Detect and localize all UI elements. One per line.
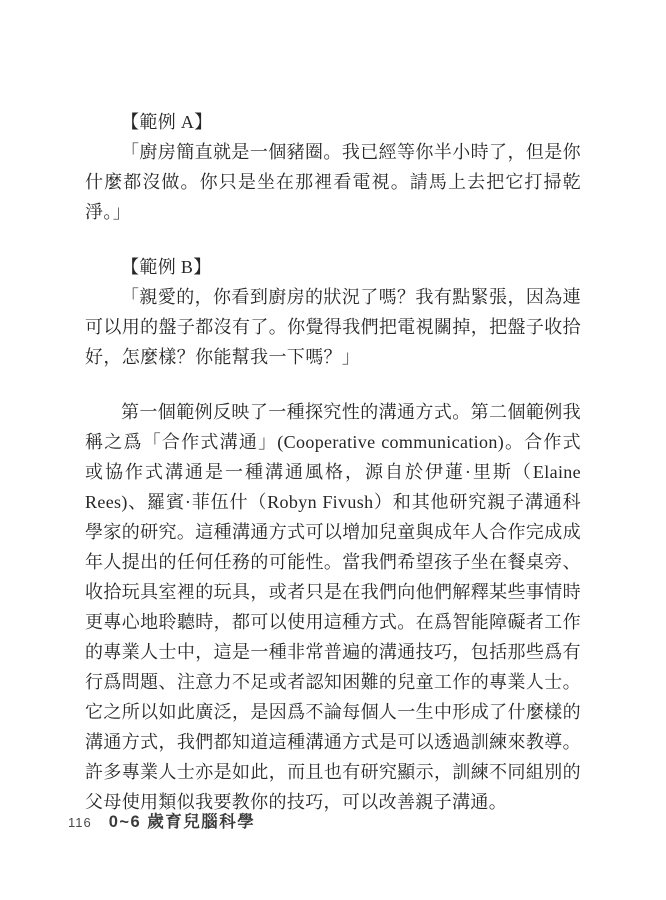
page-number: 116 [68, 815, 92, 830]
example-b-quote: 「親愛的，你看到廚房的狀況了嗎？我有點緊張，因為連可以用的盤子都沒有了。你覺得我… [85, 282, 581, 372]
example-a-section: 【範例 A】 「廚房簡直就是一個豬圈。我已經等你半小時了，但是你什麼都沒做。你只… [85, 107, 581, 227]
book-title: 0~6 歲育兒腦科學 [109, 808, 256, 832]
book-page: 【範例 A】 「廚房簡直就是一個豬圈。我已經等你半小時了，但是你什麼都沒做。你只… [0, 0, 666, 900]
page-footer: 116 0~6 歲育兒腦科學 [68, 808, 255, 832]
example-b-heading: 【範例 B】 [85, 252, 581, 282]
main-paragraph: 第一個範例反映了一種探究性的溝通方式。第二個範例我稱之爲「合作式溝通」(Coop… [85, 397, 581, 817]
page-body: 【範例 A】 「廚房簡直就是一個豬圈。我已經等你半小時了，但是你什麼都沒做。你只… [85, 107, 581, 817]
example-a-heading: 【範例 A】 [85, 107, 581, 137]
example-b-section: 【範例 B】 「親愛的，你看到廚房的狀況了嗎？我有點緊張，因為連可以用的盤子都沒… [85, 252, 581, 372]
main-paragraph-section: 第一個範例反映了一種探究性的溝通方式。第二個範例我稱之爲「合作式溝通」(Coop… [85, 397, 581, 817]
example-a-quote: 「廚房簡直就是一個豬圈。我已經等你半小時了，但是你什麼都沒做。你只是坐在那裡看電… [85, 137, 581, 227]
